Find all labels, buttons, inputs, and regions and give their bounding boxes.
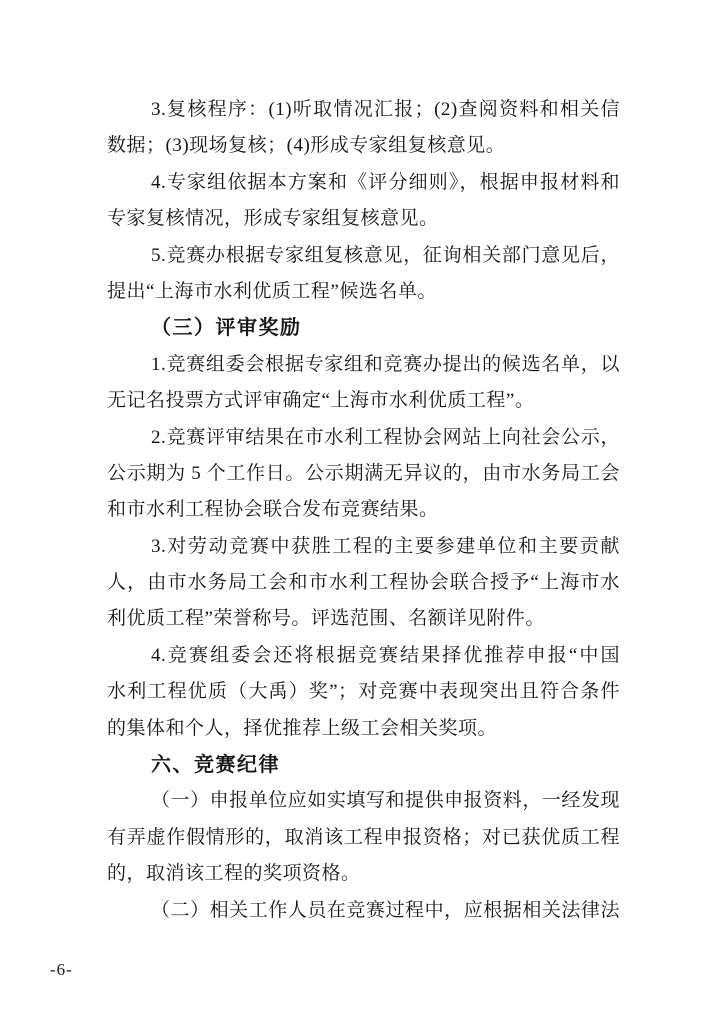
text-line: 的集体和个人，择优推荐上级工会相关奖项。 xyxy=(107,711,620,747)
text-line: 的，取消该工程的奖项资格。 xyxy=(107,856,620,892)
document-page: 3.复核程序：(1)听取情况汇报；(2)查阅资料和相关信息 数据；(3)现场复核… xyxy=(0,0,724,1024)
heading-competition-discipline: 六、竞赛纪律 xyxy=(107,747,620,783)
text-line: 1.竞赛组委会根据专家组和竞赛办提出的候选名单，以 xyxy=(107,347,620,383)
text-line: 利优质工程”荣誉称号。评选范围、名额详见附件。 xyxy=(107,601,620,637)
text-line: 提出“上海市水利优质工程”候选名单。 xyxy=(107,274,620,310)
page-number: -6- xyxy=(50,960,73,980)
text-line: 和市水利工程协会联合发布竞赛结果。 xyxy=(107,492,620,528)
text-line: 专家复核情况，形成专家组复核意见。 xyxy=(107,201,620,237)
text-line: 公示期为 5 个工作日。公示期满无异议的，由市水务局工会 xyxy=(107,456,620,492)
text-line: 水利工程优质（大禹）奖”；对竞赛中表现突出且符合条件 xyxy=(107,674,620,710)
text-line: 3.复核程序：(1)听取情况汇报；(2)查阅资料和相关信息 xyxy=(107,92,620,128)
text-line: 3.对劳动竞赛中获胜工程的主要参建单位和主要贡献 xyxy=(107,529,620,565)
heading-review-award: （三）评审奖励 xyxy=(107,310,620,346)
text-line: 4.专家组依据本方案和《评分细则》，根据申报材料和 xyxy=(107,165,620,201)
text-line: 5.竞赛办根据专家组复核意见，征询相关部门意见后， xyxy=(107,238,620,274)
text-line: 2.竞赛评审结果在市水利工程协会网站上向社会公示， xyxy=(107,420,620,456)
text-line: 数据；(3)现场复核；(4)形成专家组复核意见。 xyxy=(107,128,620,164)
text-line: 无记名投票方式评审确定“上海市水利优质工程”。 xyxy=(107,383,620,419)
text-line: 人，由市水务局工会和市水利工程协会联合授予“上海市水 xyxy=(107,565,620,601)
text-line: （一）申报单位应如实填写和提供申报资料，一经发现 xyxy=(107,783,620,819)
text-line: （二）相关工作人员在竞赛过程中，应根据相关法律法 xyxy=(107,893,620,929)
text-line: 4.竞赛组委会还将根据竞赛结果择优推荐申报“中国 xyxy=(107,638,620,674)
text-line: 有弄虚作假情形的，取消该工程申报资格；对已获优质工程 xyxy=(107,820,620,856)
document-body: 3.复核程序：(1)听取情况汇报；(2)查阅资料和相关信息 数据；(3)现场复核… xyxy=(107,92,620,929)
